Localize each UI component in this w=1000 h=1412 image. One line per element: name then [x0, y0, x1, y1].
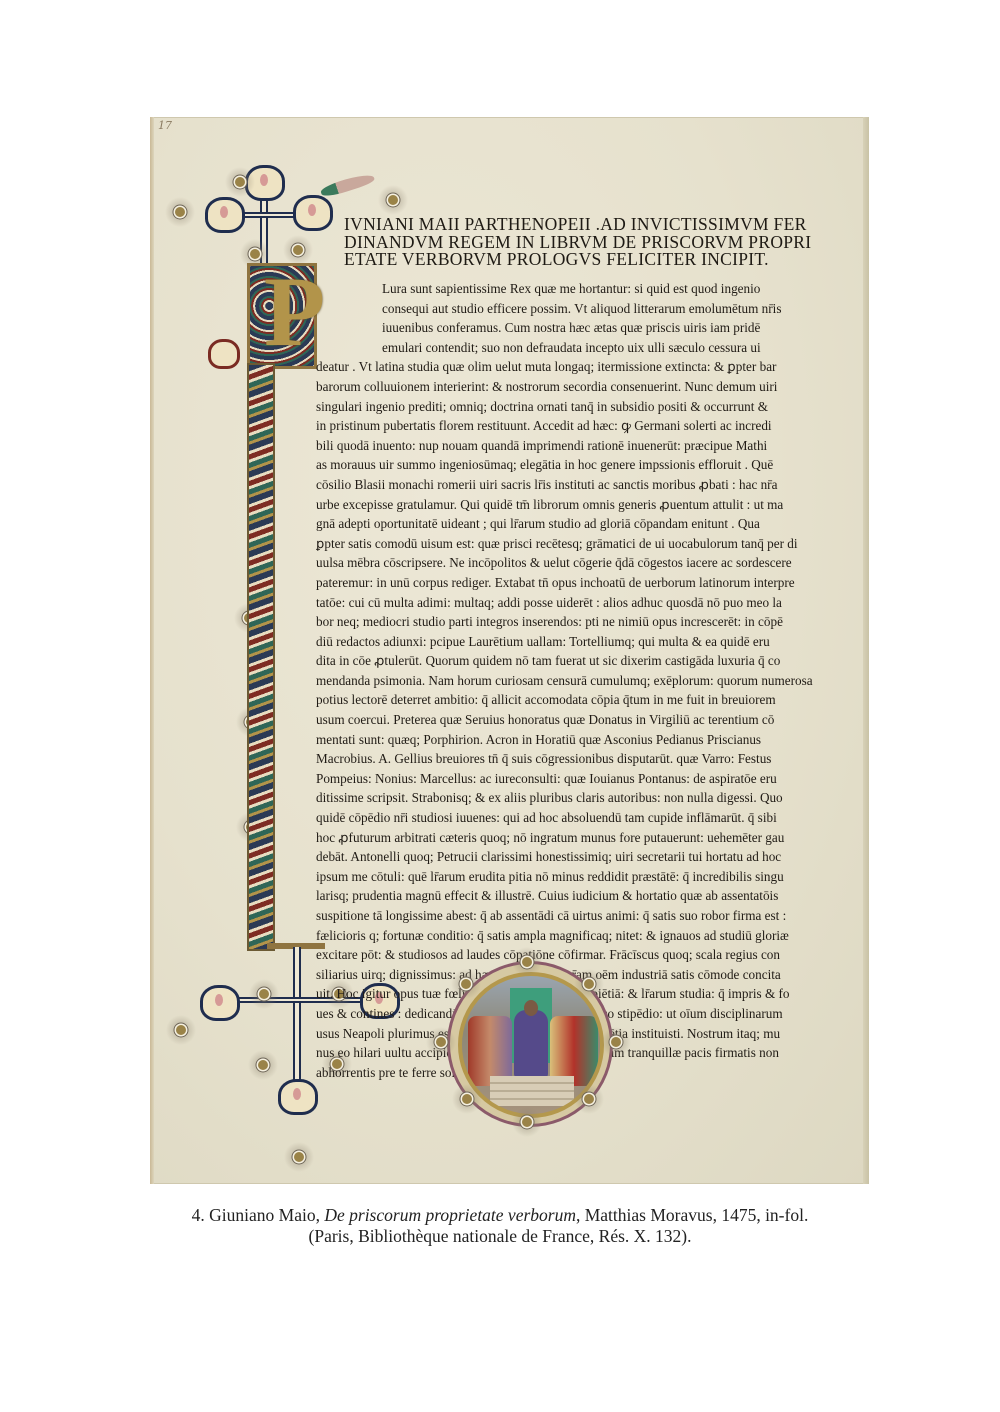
text-line: suspitione tā longissime abest: q̄ ab as…: [316, 906, 816, 926]
text-line: in pristinum pubertatis florem restituun…: [316, 416, 816, 436]
gold-star-ornament: [165, 197, 195, 227]
flower-ornament: [278, 1079, 318, 1115]
gold-star-ornament: [574, 1084, 604, 1114]
text-line: cōsilio Blasii monachi romerii uiri sacr…: [316, 475, 816, 495]
text-line: singulari ingenio prediti; omniq; doctri…: [316, 397, 816, 417]
gold-star-ornament: [378, 185, 408, 215]
caption-line-2: (Paris, Bibliothèque nationale de France…: [0, 1226, 1000, 1247]
throne-steps: [490, 1076, 574, 1106]
text-line: gnā adepti oportunitatē uideant ; qui lr…: [316, 514, 816, 534]
enthroned-king: [514, 1010, 548, 1078]
text-line: quidē cōpēdio nr̄i studiosi iuuenes: qui…: [316, 808, 816, 828]
illuminated-initial: P: [247, 263, 317, 369]
text-line: emulari contendit; suo non defraudata in…: [316, 338, 816, 358]
text-line: tatōe: cui cū multa adimi: multaq; addi …: [316, 593, 816, 613]
gold-star-ornament: [284, 1142, 314, 1172]
flower-ornament: [293, 195, 333, 231]
text-line: ipsum me cōtuli: quē lr̄arum erudita pit…: [316, 867, 816, 887]
gold-star-ornament: [601, 1027, 631, 1057]
gold-star-ornament: [249, 979, 279, 1009]
gold-star-ornament: [574, 969, 604, 999]
text-line: mendanda psimonia. Nam horum curiosam ce…: [316, 671, 816, 691]
text-line: ditissime scripsit. Strabonisq; & ex ali…: [316, 788, 816, 808]
caption-prefix: 4. Giuniano Maio,: [192, 1205, 325, 1225]
text-line: Lura sunt sapientissime Rex quæ me horta…: [316, 279, 816, 299]
prologue-text: Lura sunt sapientissime Rex quæ me horta…: [316, 279, 816, 1082]
text-line: bili quodā inuento: nup nouam quandā imp…: [316, 436, 816, 456]
gold-star-ornament: [452, 1084, 482, 1114]
heading-line: IVNIANI MAII PARTHENOPEII .AD INVICTISSI…: [344, 216, 804, 234]
leaf-fore-edge: [863, 117, 869, 1184]
gold-star-ornament: [166, 1015, 196, 1045]
text-line: usum coercui. Preterea quæ Seruius honor…: [316, 710, 816, 730]
text-line: as morauus uir summo ingeniosūmaq; elegā…: [316, 455, 816, 475]
gold-star-ornament: [512, 1107, 542, 1137]
illuminated-border-bar: [247, 363, 275, 951]
gold-star-ornament: [512, 947, 542, 977]
text-line: mentati sunt: quæq; Porphirion. Acron in…: [316, 730, 816, 750]
flower-ornament: [205, 197, 245, 233]
text-line: diū redactos adiunxi: pcipue Laurētium u…: [316, 632, 816, 652]
foliation-mark: 17: [158, 119, 172, 132]
flower-ornament: [200, 985, 240, 1021]
caption-work-title: De priscorum proprietate verborum: [324, 1205, 576, 1225]
text-line: excitare pōt: & studiosos ad laudes cōpa…: [316, 945, 816, 965]
text-line: urbe excepisse gratulamur. Qui quidē tm̄…: [316, 495, 816, 515]
caption-suffix: , Matthias Moravus, 1475, in-fol.: [576, 1205, 808, 1225]
rubric-heading: IVNIANI MAII PARTHENOPEII .AD INVICTISSI…: [344, 216, 804, 269]
text-line: Macrobius. A. Gellius breuiores tn̄ q̄ s…: [316, 749, 816, 769]
text-line: ꝑpter satis comodū uisum est: quæ prisci…: [316, 534, 816, 554]
leaf-binding-edge: [150, 117, 154, 1184]
text-line: bor neq; mediocri studio parti integros …: [316, 612, 816, 632]
text-line: potius lectorē deterret ambitio: q̄ alli…: [316, 690, 816, 710]
text-line: fælicioris q; fortunæ conditio: q̄ satis…: [316, 926, 816, 946]
text-line: barorum colluuionem interierint: & nostr…: [316, 377, 816, 397]
bird-ornament: [319, 171, 375, 199]
gold-star-ornament: [225, 167, 255, 197]
text-line: larisq; prudentia magnū effecit & illust…: [316, 886, 816, 906]
flower-ornament: [208, 339, 240, 369]
text-line: dita in cōe ꝓtulerūt. Quorum quidem nō t…: [316, 651, 816, 671]
text-line: consequi aut studio efficere possim. Vt …: [316, 299, 816, 319]
text-line: deatur . Vt latina studia quæ olim uelut…: [316, 357, 816, 377]
text-line: iuuenibus conferamus. Cum nostra hæc æta…: [316, 318, 816, 338]
figure-caption: 4. Giuniano Maio, De priscorum proprieta…: [0, 1205, 1000, 1247]
manuscript-leaf: 17 P IVNIANI MAII PARTHENOPEII .AD INVIC…: [150, 117, 869, 1184]
text-line: hoc ꝓfuturum arbitrati cæteris quoq; nō …: [316, 828, 816, 848]
king-head: [524, 1000, 538, 1016]
heading-line: ETATE VERBORVM PROLOGVS FELICITER INCIPI…: [344, 251, 804, 269]
gold-star-ornament: [248, 1050, 278, 1080]
text-line: Pompeius: Nonius: Marcellus: ac iurecons…: [316, 769, 816, 789]
gold-star-ornament: [451, 969, 481, 999]
caption-line-1: 4. Giuniano Maio, De priscorum proprieta…: [0, 1205, 1000, 1226]
vine-stem: [293, 947, 301, 1097]
text-line: pateremur: in unū corpus rediger. Extaba…: [316, 573, 816, 593]
text-line: uulsa mēbra cōscripsere. Ne incōpolitos …: [316, 553, 816, 573]
text-line: debāt. Antonelli quoq; Petrucii clarissi…: [316, 847, 816, 867]
gold-star-ornament: [426, 1027, 456, 1057]
